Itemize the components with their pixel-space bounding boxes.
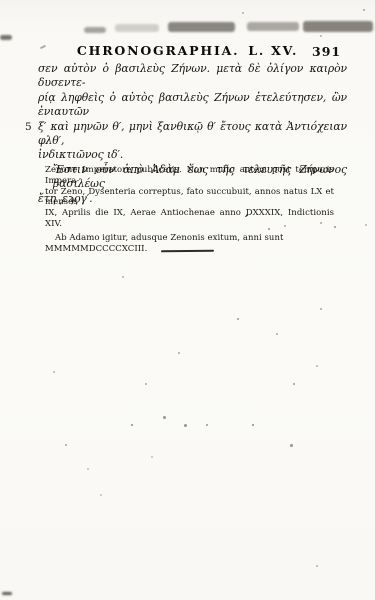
scan-speck-artifact: [237, 318, 239, 320]
footnote-line: IX, Aprilis die IX, Aerae Antiochenae an…: [45, 208, 334, 230]
scan-speck-artifact: [184, 424, 187, 427]
scan-speck-artifact: [242, 12, 244, 14]
scan-smudge-artifact: [247, 22, 299, 31]
scan-speck-artifact: [122, 276, 124, 278]
scan-speck-artifact: [131, 424, 133, 426]
greek-line: ρίᾳ ληφθεὶς ὁ αὐτὸς βασιλεὺς Ζήνων ἐτελε…: [38, 91, 347, 120]
scan-speck-artifact: [334, 226, 336, 228]
scan-speck-artifact: [316, 565, 318, 567]
scan-speck-artifact: [206, 424, 208, 426]
scan-speck-artifact: [363, 9, 365, 11]
scan-smudge-artifact: [168, 22, 235, 32]
header-book-number: L. XV.: [248, 43, 298, 58]
greek-line: ἰνδικτιῶνος ιδ′.: [38, 148, 347, 162]
scan-speck-artifact: [320, 222, 322, 224]
greek-line: ξ′ καὶ μηνῶν θ′, μηνὶ ξανθικῷ θ′ ἔτους κ…: [38, 120, 347, 149]
header-title-main: CHRONOGRAPHIA.: [77, 43, 239, 58]
scan-speck-artifact: [284, 225, 286, 227]
scan-speck-artifact: [151, 456, 153, 458]
scan-speck-artifact: [320, 35, 322, 37]
scan-smudge-artifact: [84, 27, 106, 33]
scan-speck-artifact: [365, 224, 367, 226]
footnote-line: Zenone Imperatore publicatis. Non multo …: [45, 165, 334, 187]
line-number-marker: 5: [25, 121, 32, 133]
scan-smudge-artifact: [2, 592, 12, 595]
scan-speck-artifact: [290, 444, 293, 447]
greek-line: σεν αὐτὸν ὁ βασιλεὺς Ζήνων. μετὰ δὲ ὀλίγ…: [38, 62, 347, 91]
scan-speck-artifact: [145, 383, 147, 385]
scan-speck-artifact: [163, 416, 166, 419]
scan-speck-artifact: [252, 424, 254, 426]
scan-smudge-artifact: [0, 35, 12, 40]
scan-speck-artifact: [293, 383, 295, 385]
scan-speck-artifact: [268, 228, 270, 230]
scan-smudge-artifact: [303, 21, 373, 32]
scan-speck-artifact: [320, 308, 322, 310]
footnote-line: tor Zeno, Dysenteria correptus, fato suc…: [45, 187, 334, 209]
scan-speck-artifact: [276, 333, 278, 335]
scan-speck-artifact: [316, 365, 318, 367]
scan-speck-artifact: [87, 468, 89, 470]
scan-speck-artifact: [53, 371, 55, 373]
latin-footnote-block: Zenone Imperatore publicatis. Non multo …: [45, 165, 334, 254]
page-number: 391: [312, 44, 341, 59]
scanned-book-page: CHRONOGRAPHIA.L. XV. 391 5 σεν αὐτὸν ὁ β…: [0, 0, 375, 600]
scan-smudge-artifact: [115, 24, 159, 32]
scan-speck-artifact: [65, 444, 67, 446]
scan-speck-artifact: [178, 352, 180, 354]
scan-speck-artifact: [100, 494, 102, 496]
